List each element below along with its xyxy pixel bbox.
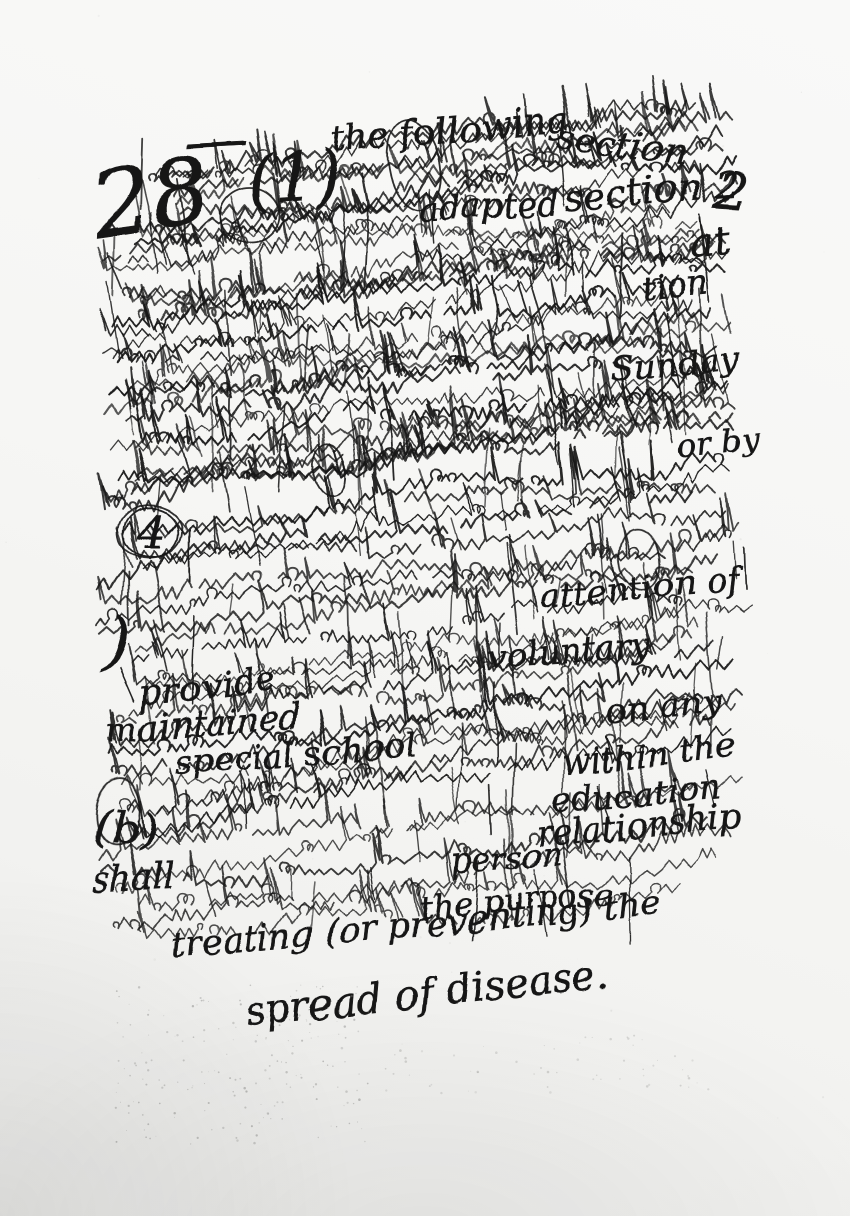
legible-fragment: ) <box>99 601 133 680</box>
scrawl-drawing: 28—(1)the followingsection2adaptedsectio… <box>0 0 850 1216</box>
legible-fragment: — <box>183 101 251 178</box>
legible-fragment: voluntary <box>486 626 653 677</box>
legible-fragment: shall <box>91 857 174 901</box>
legible-fragment: at <box>688 218 733 268</box>
legible-fragment: (b) <box>91 799 160 857</box>
handwritten-page: 28—(1)the followingsection2adaptedsectio… <box>0 0 850 1216</box>
legible-fragment: 4 <box>137 508 166 559</box>
legible-fragment: adapted <box>418 184 560 231</box>
legible-fragment: spread of disease. <box>242 952 611 1036</box>
legible-fragment: tion <box>640 264 710 309</box>
legible-fragment: person <box>450 834 563 880</box>
legible-fragment: (1) <box>246 137 345 220</box>
legible-fragment: or by <box>675 419 763 466</box>
